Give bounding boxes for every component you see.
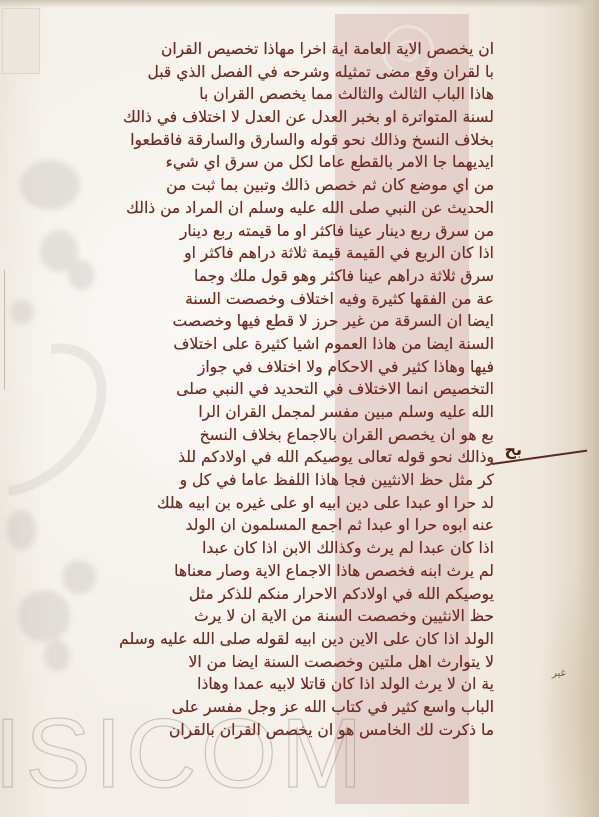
floral-stamp-mark — [18, 590, 70, 642]
text-line: ما ذكرت لك الخامس هو ان يخصص القران بالق… — [92, 719, 494, 742]
text-line: السنة ايضا من هاذا العموم اشيا كثيرة على… — [92, 333, 494, 356]
page-left-tab — [2, 8, 40, 74]
text-line: ايضا ان السرقة من غير حرز لا قطع فيها وخ… — [92, 310, 494, 333]
text-line: با لقران وقع مضى تمثيله وشرحه في الفصل ا… — [92, 61, 494, 84]
text-line: بخلاف النسخ وذالك نحو قوله والسارق والسا… — [92, 129, 494, 152]
page-top-edge — [0, 0, 599, 8]
text-line: لسنة المتواترة او بخبر العدل عن العدل لا… — [92, 106, 494, 129]
text-line: من سرق ربع دينار عينا فاكثر او ما قيمته … — [92, 220, 494, 243]
floral-stamp-mark — [68, 260, 94, 290]
text-line: هاذا الباب الثالث والثالث مما يخصص القرا… — [92, 83, 494, 106]
manuscript-page: ISICOM ان يخصص الاية العامة اية اخرا مها… — [0, 0, 599, 817]
margin-note-right: بح — [482, 440, 522, 459]
text-line: لد حرا او عبدا على دين ابيه او على غيره … — [92, 492, 494, 515]
text-line: ان يخصص الاية العامة اية اخرا مهاذا تخصي… — [92, 38, 494, 61]
manuscript-text: ان يخصص الاية العامة اية اخرا مهاذا تخصي… — [92, 38, 494, 741]
text-line: لم يرث ابنه فخصص هاذا الاجماع الاية وصار… — [92, 560, 494, 583]
paper-stain — [539, 560, 599, 817]
text-line: التخصيص انما الاختلاف في التحديد في النب… — [92, 378, 494, 401]
floral-stamp-mark — [44, 640, 70, 672]
text-line: اذا كان عبدا لم يرث وكذالك الابن اذا كان… — [92, 537, 494, 560]
text-line: اذا كان الربع في القيمة قيمة ثلاثة دراهم… — [92, 242, 494, 265]
text-line: عنه ابوه حرا او عبدا ثم اجمع المسلمون ان… — [92, 514, 494, 537]
text-line: لا يتوارث اهل ملتين وخصصت السنة ايضا من … — [92, 651, 494, 674]
floral-stamp-mark — [10, 300, 34, 324]
text-line: الباب واسع كثير في كتاب الله عز وجل مفسر… — [92, 696, 494, 719]
text-line: الولد اذا كان على الاين دين ابيه لقوله ص… — [92, 628, 494, 651]
floral-stamp-mark — [20, 160, 80, 210]
text-line: وذالك نحو قوله تعالى يوصيكم الله في اولا… — [92, 446, 494, 469]
text-line: الله عليه وسلم مبين مفسر لمجمل القران ال… — [92, 401, 494, 424]
margin-small-note: غير — [552, 668, 566, 679]
text-line: سرق ثلاثة دراهم عينا فاكثر وهو قول ملك و… — [92, 265, 494, 288]
text-line: فيها وهاذا كثير في الاحكام ولا اختلاف في… — [92, 356, 494, 379]
text-line: كر مثل حظ الانثيين فجا هاذا اللفظ عاما ف… — [92, 469, 494, 492]
text-line: الحديث عن النبي صلى الله عليه وسلم ان ال… — [92, 197, 494, 220]
text-line: يوصيكم الله في اولادكم الاحرار منكم للذك… — [92, 583, 494, 606]
text-line: حظ الانثيين وخصصت السنة من الاية ان لا ي… — [92, 605, 494, 628]
text-line: ية ان لا يرث الولد اذا كان قاتلا لابيه ع… — [92, 673, 494, 696]
text-line: عة من الفقها كثيرة وفيه اختلاف وخصصت الس… — [92, 288, 494, 311]
floral-stamp-mark — [62, 560, 96, 594]
text-line: من اي موضع كان ثم خصص ذالك وتبين بما ثبت… — [92, 174, 494, 197]
floral-stamp-mark — [6, 510, 36, 550]
text-line: ايديهما جا الامر بالقطع عاما لكل من سرق … — [92, 151, 494, 174]
text-line: بع هو ان يخصص القران بالاجماع بخلاف النس… — [92, 424, 494, 447]
